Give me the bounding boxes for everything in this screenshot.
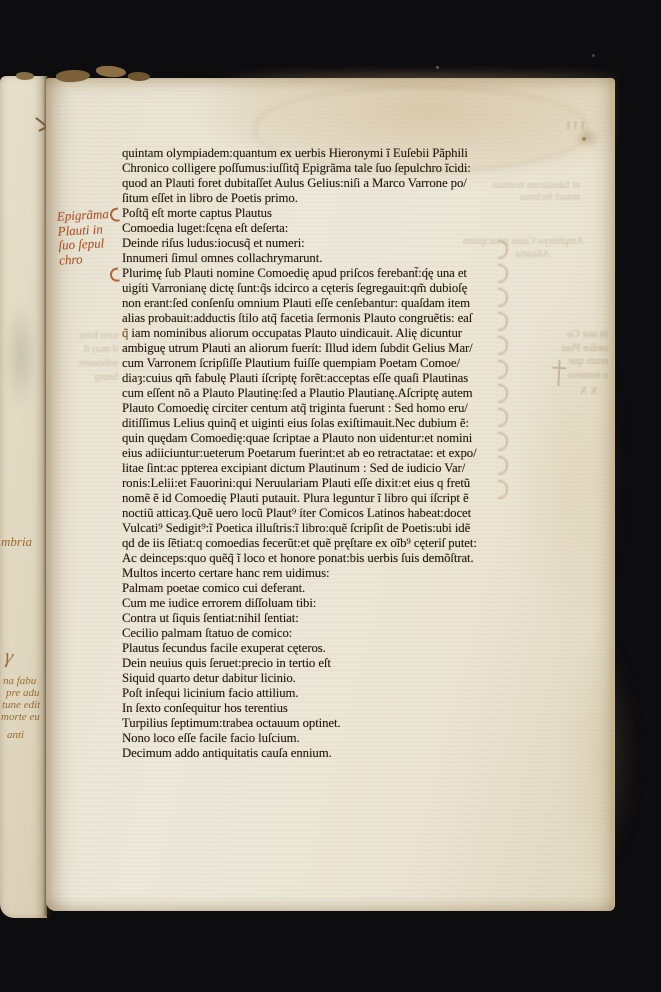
showthrough-folio-number: 111 — [564, 118, 586, 133]
printed-line: Poſtq̃ eſt morte captus Plautus — [122, 206, 552, 221]
printed-line: cum eſſent nõ a Plauto Plautinę:ſed a Pl… — [122, 386, 552, 401]
photograph-backdrop: mbriaγna fabupre adutune editmorte euant… — [0, 0, 661, 992]
printed-line: ſitum eſſet in libro de Poetis primo. — [122, 191, 552, 206]
margin-note-fragment: anti — [7, 729, 24, 741]
printed-line: Turpilius ſeptimum:trabea octauum optine… — [122, 716, 552, 731]
printed-line: nomẽ ẽ id Comoedię Plauti putauit. Plura… — [122, 491, 552, 506]
printed-line: cum Varronem ſcripſiſſe Plautium fuiſſe … — [122, 356, 552, 371]
torn-corner-fragment — [128, 72, 150, 81]
showthrough-text-line: auposeua — [52, 356, 118, 370]
dust-speck — [436, 66, 439, 69]
printed-line: Plauto Comoedię circiter centum atq̃ tri… — [122, 401, 552, 416]
printed-line: Ac deinceps:quo quẽq̃ ĩ loco et honore p… — [122, 551, 552, 566]
printed-line: alias probauit:adductis ſtilo atq̃ facet… — [122, 311, 552, 326]
printed-line: eius adiiciuntur:ueterum Poetarum fuerin… — [122, 446, 552, 461]
margin-note-fragment: γ — [3, 645, 15, 669]
torn-corner-fragment — [96, 65, 127, 78]
book-page: 111 et fabularum nominanotari fecimus Am… — [46, 78, 615, 911]
printed-line: ditiſſimus Lelius quinq̃ et uiginti eius… — [122, 416, 552, 431]
printed-line: qd de iis ſẽtiat:q comoedias fecerũt:et … — [122, 536, 552, 551]
strip-notes: mbriaγna fabupre adutune editmorte euant… — [0, 76, 47, 918]
printed-line: Chronico colligere poſſumus:iuſſitq̃ Epi… — [122, 161, 552, 176]
printed-line: Contra ut ſiquis ſentiat:nihil ſentiat: — [122, 611, 552, 626]
printed-line: In ſexto conſequitur hos terentius — [122, 701, 552, 716]
showthrough-text-line: exei pxoi — [52, 328, 118, 342]
margin-note-fragment: na fabu — [3, 675, 36, 687]
printed-text-block: quintam olympiadem:quantum ex uerbis Hie… — [122, 146, 552, 761]
printed-line: Palmam poetae comico cui deferant. — [122, 581, 552, 596]
printed-line: Nono loco eſſe facile facio luſcium. — [122, 731, 552, 746]
water-stain — [564, 634, 636, 874]
facing-page-edge: mbriaγna fabupre adutune editmorte euant… — [0, 76, 47, 918]
printed-line: noctiũ atticaȝ.Quẽ uero locũ Plaut⁹ íter… — [122, 506, 552, 521]
torn-corner-fragment — [16, 72, 34, 80]
printed-line: q̃ iam nominibus aliorum occupatas Plaut… — [122, 326, 552, 341]
printed-line: uigíti Varronianę dictę ſunt:q̃s idcirco… — [122, 281, 552, 296]
dust-speck — [592, 54, 595, 57]
margin-note-fragment: morte eu — [1, 711, 40, 723]
printed-line: Plautus ſecundus facile exuperat cęteros… — [122, 641, 552, 656]
printed-line: diaȝ:cuius qm̃ fabulę Plauti íſcriptę fo… — [122, 371, 552, 386]
printed-line: Innumeri ſimul omnes collachrymarunt. — [122, 251, 552, 266]
showthrough-text-line: oediæ Plau — [544, 342, 608, 356]
printed-line: litae ſint:ac ppterea excipiant dictum P… — [122, 461, 552, 476]
ink-smudge — [4, 301, 38, 411]
printed-line: quintam olympiadem:quantum ex uerbis Hie… — [122, 146, 552, 161]
printed-line: Deinde riſus ludus:iocusq̃ et numeri: — [122, 236, 552, 251]
showthrough-cross-mark — [551, 360, 566, 387]
printed-line: Multos incerto certare hanc rem uidimus: — [122, 566, 552, 581]
printed-line: ambiguę utrum Plauti an aliorum fuerít: … — [122, 341, 552, 356]
showthrough-text-line: in noz Co — [544, 328, 608, 342]
speck — [582, 137, 586, 141]
showthrough-text-line: XX — [544, 385, 608, 399]
rubricated-initial: q̃ — [122, 326, 128, 340]
printed-line: Decimum addo antiquitatis cauſa ennium. — [122, 746, 552, 761]
printed-line: quod an Plauti foret dubitaſſet Aulus Ge… — [122, 176, 552, 191]
printed-line: Dein neuius quis ſeruet:precio in tertio… — [122, 656, 552, 671]
printed-line: Cum me iudice errorem diſſoluam tibi: — [122, 596, 552, 611]
showthrough-left: pundiauposeuaq uexi qexei pxoi — [52, 328, 118, 384]
showthrough-text-line: pundi — [52, 370, 118, 384]
margin-note-fragment: pre adu — [6, 687, 40, 699]
printed-line: Siquid quarto detur dabitur licinio. — [122, 671, 552, 686]
margin-note-fragment: tune edit — [2, 699, 40, 711]
printed-line: non erant:ſed conſenſu omnium Plauti eſſ… — [122, 296, 552, 311]
rubric-note-line: chro — [59, 250, 126, 268]
printed-line: Poſt inſequi licinium facio attilium. — [122, 686, 552, 701]
printed-line: ronis:Lelii:et Fauorini:qui Neruulariam … — [122, 476, 552, 491]
printed-line: quin quędam Comoedię:quae ſcriptae a Pla… — [122, 431, 552, 446]
printed-line: Cecilio palmam ſtatuo de comico: — [122, 626, 552, 641]
printed-line: Vulcati⁹ Sedigit⁹:ĩ Poetica illuſtris:ĩ … — [122, 521, 552, 536]
showthrough-text-line: q uexi q — [52, 342, 118, 356]
printed-line: Plurimę ſub Plauti nomine Comoedię apud … — [122, 266, 552, 281]
printed-line: Comoedia luget:ſcęna eſt deſerta: — [122, 221, 552, 236]
margin-note-fragment: mbria — [1, 534, 32, 550]
